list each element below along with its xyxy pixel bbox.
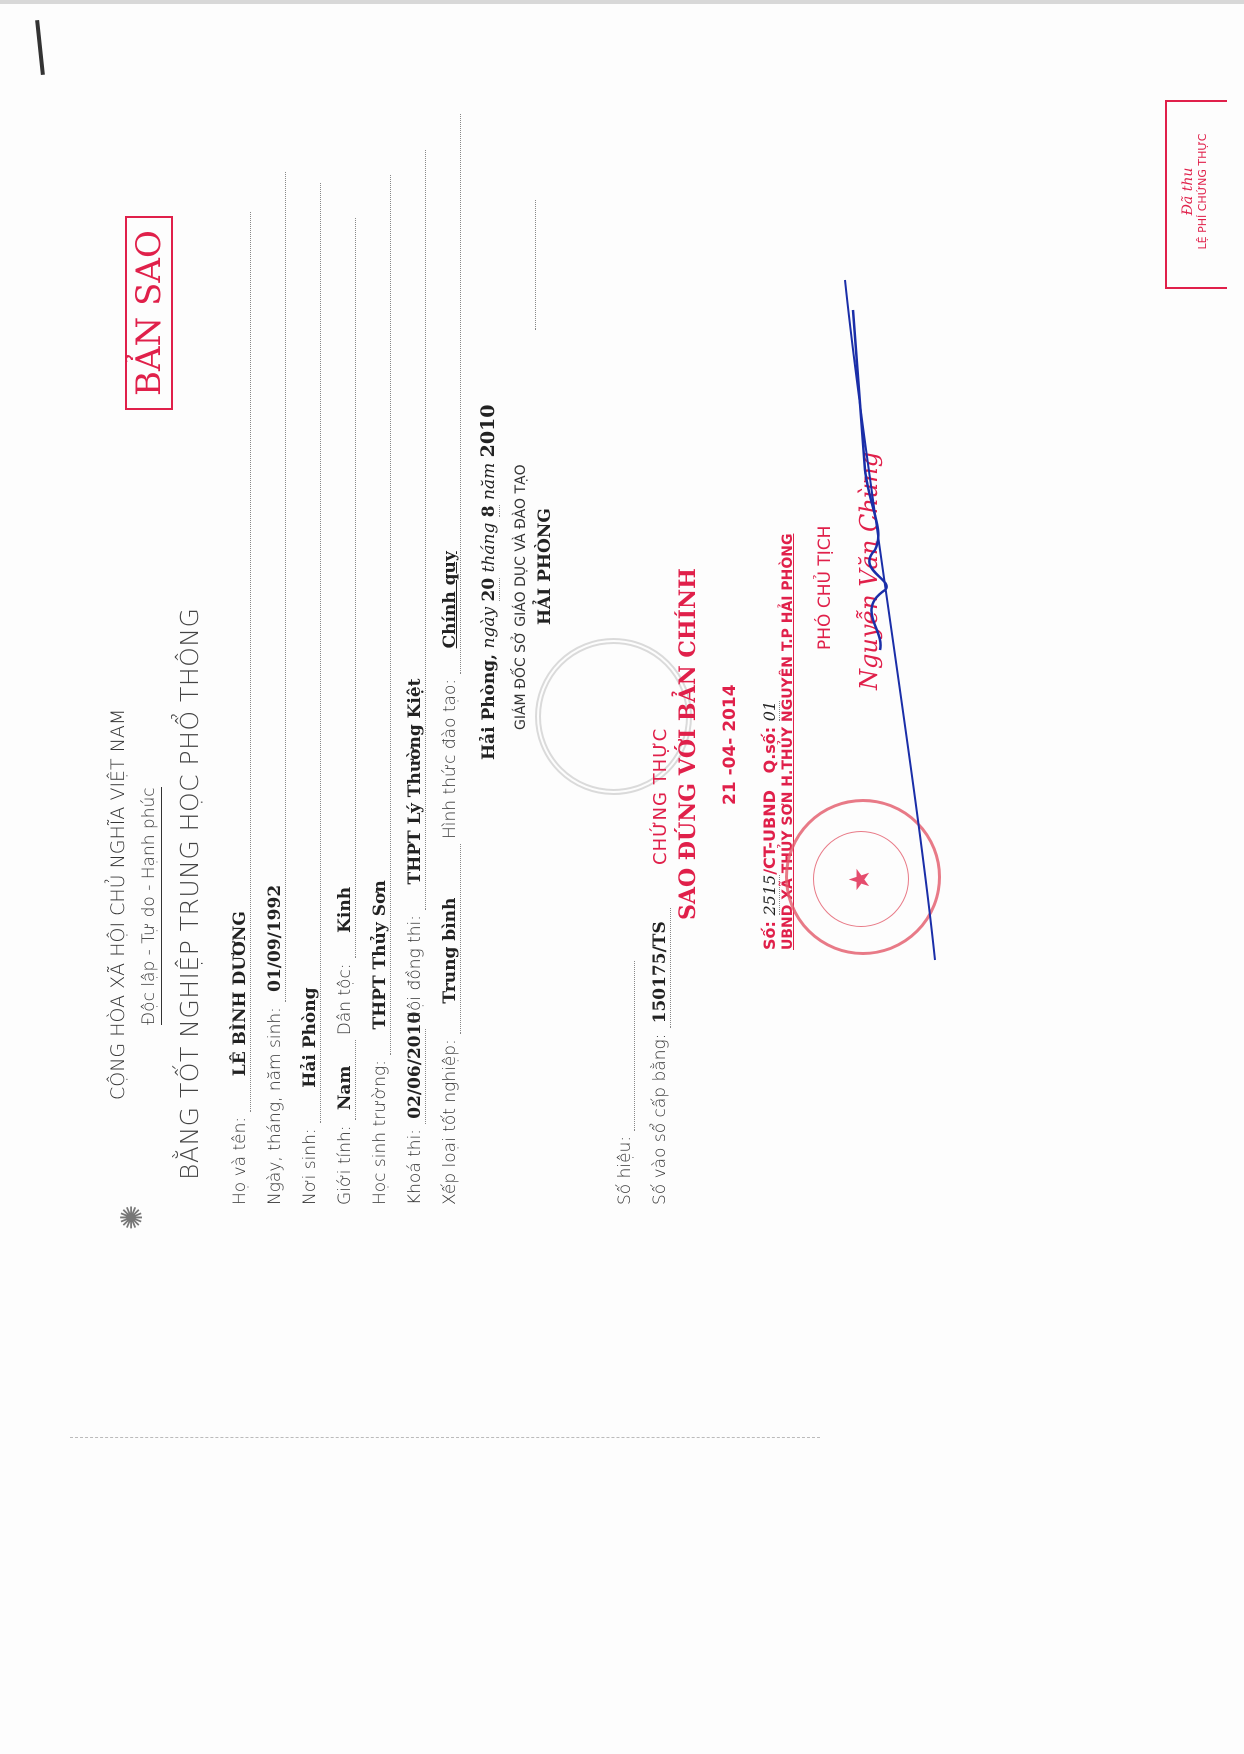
field-grade-mode: Xếp loại tốt nghiệp: Trung bình Hình thứ… xyxy=(440,185,461,1205)
field-dob: Ngày, tháng, năm sinh: 01/09/1992 xyxy=(265,185,286,1205)
signature-strokes xyxy=(735,270,955,970)
diploma-title: BẰNG TỐT NGHIỆP TRUNG HỌC PHỔ THÔNG xyxy=(175,608,204,1180)
issuer-title: GIÁM ĐỐC SỞ GIÁO DỤC VÀ ĐÀO TẠO xyxy=(513,464,529,730)
fee-stamp-label: LỆ PHÍ CHỨNG THỰC xyxy=(1196,99,1209,284)
field-gender-ethnicity: Giới tính: Nam Dân tộc: Kinh xyxy=(335,185,356,1205)
cert-subtitle: SAO ĐÚNG VỚI BẢN CHÍNH xyxy=(675,568,701,920)
field-birthplace: Nơi sinh: Hải Phòng xyxy=(300,185,321,1205)
signature-line xyxy=(535,200,536,330)
national-emblem-icon: ✺ xyxy=(115,1205,150,1230)
fold-line xyxy=(70,1437,820,1438)
issue-date: Hải Phòng, ngày 20 tháng 8 năm 2010 xyxy=(477,405,499,761)
diploma: ✺ CỘNG HÒA XÃ HỘI CHỦ NGHĨA VIỆT NAM Độc… xyxy=(95,80,855,1250)
cert-title: CHỨNG THỰC xyxy=(650,728,671,865)
motto: Độc lập - Tự do - Hạnh phúc xyxy=(139,787,162,1025)
serial-number: Số hiệu: xyxy=(615,961,635,1205)
fee-stamp-paid: Đã thu xyxy=(1180,99,1196,284)
copy-stamp: BẢN SAO xyxy=(125,216,173,410)
fee-stamp: Đã thu LỆ PHÍ CHỨNG THỰC xyxy=(1165,100,1227,289)
nation-header: CỘNG HÒA XÃ HỘI CHỦ NGHĨA VIỆT NAM xyxy=(107,709,129,1100)
copy-stamp-text: BẢN SAO xyxy=(129,230,169,396)
registry-number: Số vào sổ cấp bằng: 150175/TS xyxy=(650,908,671,1205)
field-name: Họ và tên: LÊ BÌNH DƯƠNG xyxy=(230,185,251,1205)
scan-edge xyxy=(0,0,1244,4)
scan-mark xyxy=(35,20,45,75)
field-exam: Khoá thi: 02/06/2010 Hội đồng thi: THPT … xyxy=(405,185,426,1205)
field-school: Học sinh trường: THPT Thủy Sơn xyxy=(370,185,391,1205)
issuer-region: HẢI PHÒNG xyxy=(535,508,555,625)
